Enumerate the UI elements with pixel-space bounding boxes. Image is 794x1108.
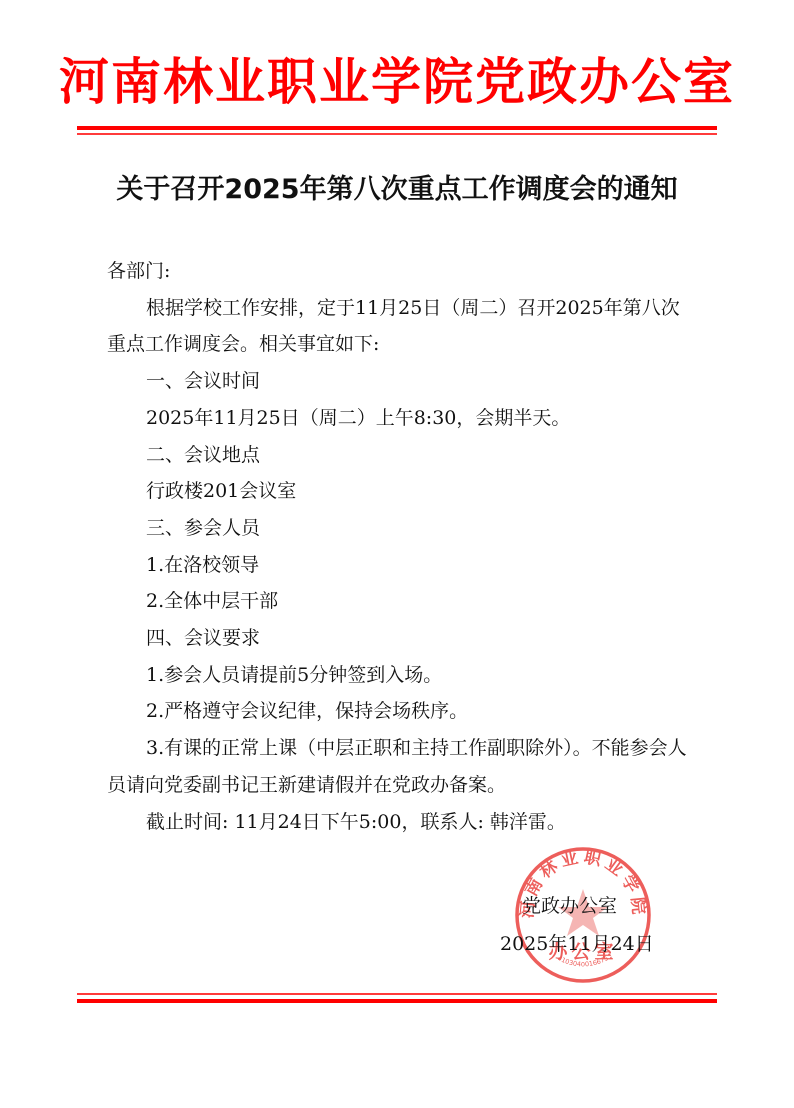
notice-body: 各部门: 根据学校工作安排，定于11月25日（周二）召开2025年第八次重点工作… (107, 253, 693, 840)
attendee-item-1: 1.在洛校领导 (107, 547, 693, 584)
footer-rule-thick (77, 999, 717, 1003)
notice-title: 关于召开2025年第八次重点工作调度会的通知 (0, 170, 794, 210)
footer-rule-thin (77, 993, 717, 995)
section-heading-requirements: 四、会议要求 (107, 620, 693, 657)
section-heading-location: 二、会议地点 (107, 437, 693, 474)
requirement-item-2: 2.严格遵守会议纪律，保持会场秩序。 (107, 693, 693, 730)
requirement-item-1: 1.参会人员请提前5分钟签到入场。 (107, 657, 693, 694)
paragraph-intro: 根据学校工作安排，定于11月25日（周二）召开2025年第八次重点工作调度会。相… (107, 290, 693, 363)
deadline-contact: 截止时间: 11月24日下午5:00，联系人: 韩洋雷。 (107, 804, 693, 841)
salutation: 各部门: (107, 253, 693, 290)
header-rule-thin (77, 133, 717, 135)
requirement-item-3: 3.有课的正常上课（中层正职和主持工作副职除外）。不能参会人员请向党委副书记王新… (107, 730, 693, 803)
section-heading-attendees: 三、参会人员 (107, 510, 693, 547)
org-letterhead-title: 河南林业职业学院党政办公室 (0, 52, 794, 112)
signature-office: 党政办公室 (522, 888, 617, 924)
section-heading-time: 一、会议时间 (107, 363, 693, 400)
meeting-location: 行政楼201会议室 (107, 473, 693, 510)
signature-date: 2025年11月24日 (500, 926, 654, 962)
meeting-time: 2025年11月25日（周二）上午8:30，会期半天。 (107, 400, 693, 437)
header-rule-thick (77, 126, 717, 130)
attendee-item-2: 2.全体中层干部 (107, 583, 693, 620)
